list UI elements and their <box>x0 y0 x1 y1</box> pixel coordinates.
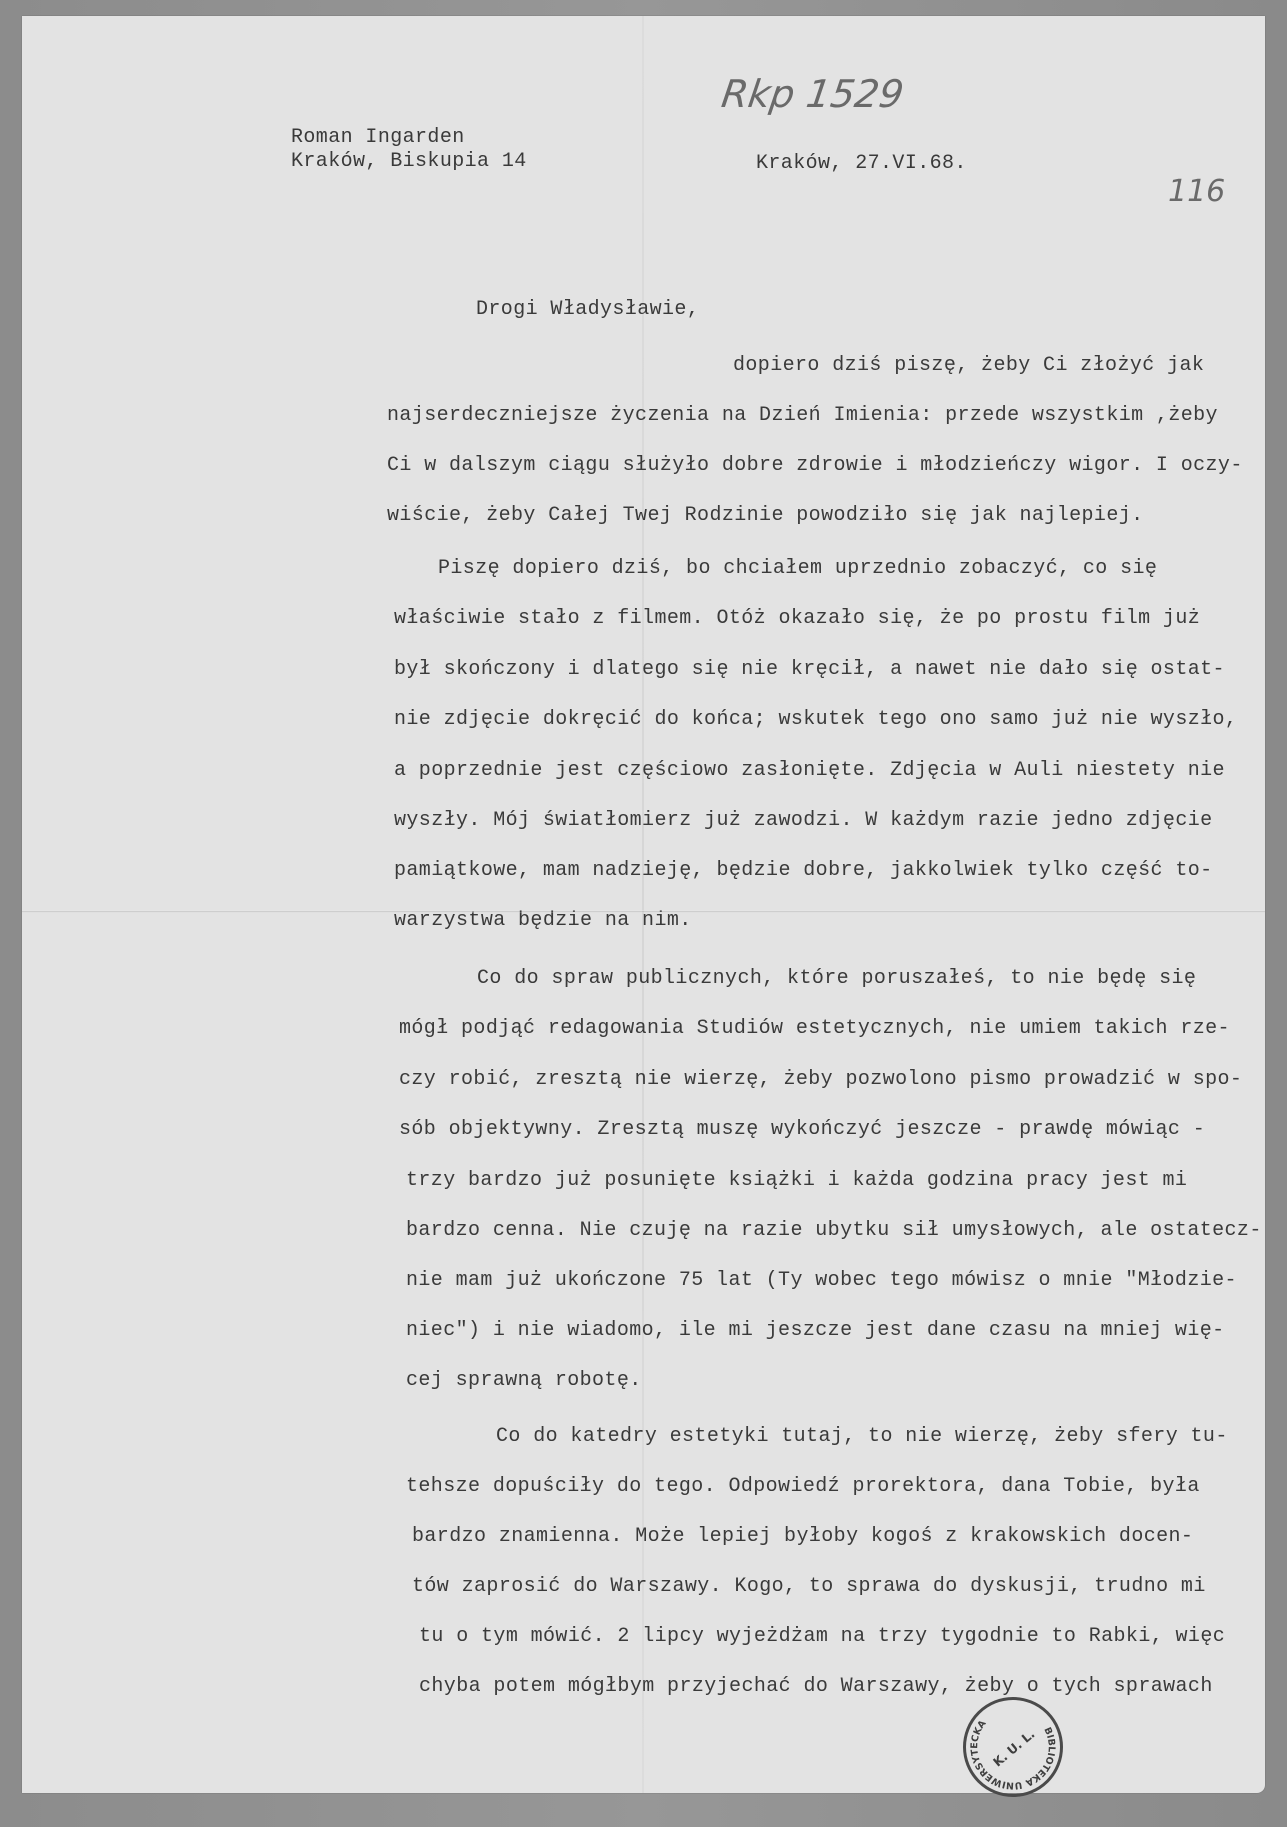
page-number-annotation: 116 <box>1168 174 1225 209</box>
body-line: wyszły. Mój światłomierz już zawodzi. W … <box>394 811 1213 831</box>
body-line: Co do spraw publicznych, które poruszałe… <box>477 969 1196 989</box>
body-line: dopiero dziś piszę, żeby Ci złożyć jak <box>733 356 1204 376</box>
body-line: wiście, żeby Całej Twej Rodzinie powodzi… <box>387 506 1144 526</box>
body-line: właściwie stało z filmem. Otóż okazało s… <box>394 609 1200 629</box>
body-line: nie mam już ukończone 75 lat (Ty wobec t… <box>406 1271 1237 1291</box>
library-stamp-icon: BIBLIOTEKA UNIWERSYTECKA K. U. L. <box>966 1700 1060 1794</box>
body-line: Piszę dopiero dziś, bo chciałem uprzedni… <box>438 559 1157 579</box>
salutation: Drogi Władysławie, <box>476 300 699 320</box>
body-line: cej sprawną robotę. <box>406 1371 642 1391</box>
body-line: trzy bardzo już posunięte książki i każd… <box>406 1171 1187 1191</box>
body-line: tu o tym mówić. 2 lipcy wyjeżdżam na trz… <box>419 1627 1225 1647</box>
body-line: Ci w dalszym ciągu służyło dobre zdrowie… <box>387 456 1243 476</box>
body-line: chyba potem mógłbym przyjechać do Warsza… <box>419 1677 1213 1697</box>
body-line: bardzo znamienna. Może lepiej byłoby kog… <box>412 1527 1193 1547</box>
body-line: mógł podjąć redagowania Studiów estetycz… <box>399 1019 1230 1039</box>
body-line: a poprzednie jest częściowo zasłonięte. … <box>394 761 1225 781</box>
body-line: był skończony i dlatego się nie kręcił, … <box>394 660 1225 680</box>
body-line: najserdeczniejsze życzenia na Dzień Imie… <box>387 406 1218 426</box>
letter-page: Rkp 1529 116 Roman Ingarden Kraków, Bisk… <box>22 16 1265 1793</box>
body-line: niec") i nie wiadomo, ile mi jeszcze jes… <box>406 1321 1225 1341</box>
body-line: tehsze dopuściły do tego. Odpowiedź pror… <box>406 1477 1200 1497</box>
library-stamp: BIBLIOTEKA UNIWERSYTECKA K. U. L. <box>963 1697 1063 1797</box>
body-line: nie zdjęcie dokręcić do końca; wskutek t… <box>394 710 1237 730</box>
place-date: Kraków, 27.VI.68. <box>756 154 967 174</box>
body-line: tów zaprosić do Warszawy. Kogo, to spraw… <box>412 1577 1206 1597</box>
body-line: pamiątkowe, mam nadzieję, będzie dobre, … <box>394 861 1213 881</box>
body-line: warzystwa będzie na nim. <box>394 911 692 931</box>
sender-address: Kraków, Biskupia 14 <box>291 152 527 172</box>
body-line: czy robić, zresztą nie wierzę, żeby pozw… <box>399 1070 1242 1090</box>
sender-name: Roman Ingarden <box>291 128 465 148</box>
body-line: Co do katedry estetyki tutaj, to nie wie… <box>496 1427 1228 1447</box>
body-line: bardzo cenna. Nie czuję na razie ubytku … <box>406 1221 1262 1241</box>
call-number-annotation: Rkp 1529 <box>719 72 907 116</box>
stamp-inner-text: K. U. L. <box>991 1727 1038 1770</box>
body-line: sób objektywny. Zresztą muszę wykończyć … <box>399 1120 1205 1140</box>
